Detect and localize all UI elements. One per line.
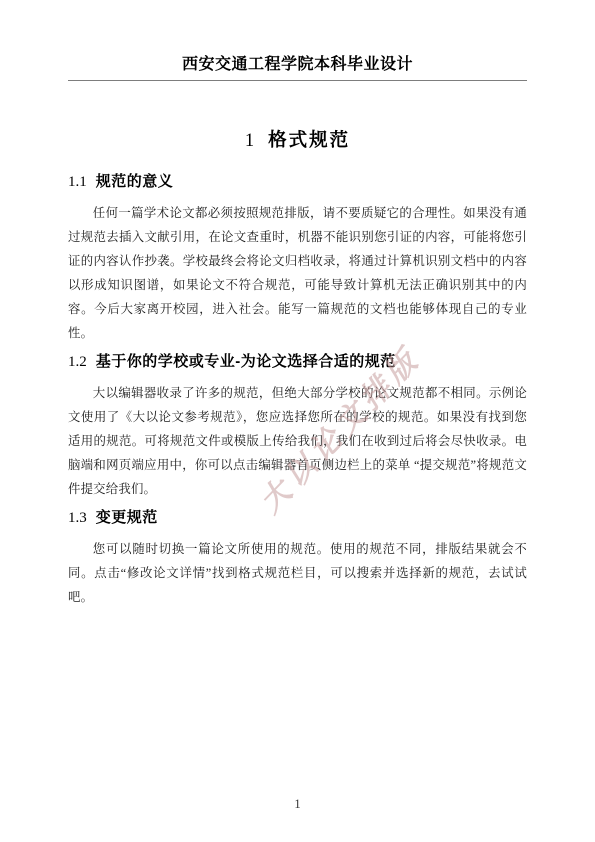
chapter-title: 1格式规范: [68, 126, 527, 152]
page-header: 西安交通工程学院本科毕业设计: [68, 0, 527, 81]
section-heading-text: 规范的意义: [96, 173, 174, 190]
section-1-2: 1.2基于你的学校或专业-为论文选择合适的规范 大以编辑器收录了许多的规范，但绝…: [68, 352, 527, 501]
section-heading: 1.2基于你的学校或专业-为论文选择合适的规范: [68, 352, 527, 372]
section-number: 1.1: [68, 174, 87, 190]
document-page: 西安交通工程学院本科毕业设计 大以论文排版 1格式规范 1.1规范的意义 任何一…: [0, 0, 595, 842]
section-heading-text: 基于你的学校或专业-为论文选择合适的规范: [96, 353, 396, 370]
section-heading: 1.1规范的意义: [68, 172, 527, 192]
section-paragraph: 您可以随时切换一篇论文所使用的规范。使用的规范不同，排版结果就会不同。点击“修改…: [68, 537, 527, 609]
running-head-title: 西安交通工程学院本科毕业设计: [182, 56, 413, 73]
chapter-title-text: 格式规范: [268, 129, 350, 150]
section-number: 1.2: [68, 354, 87, 370]
section-1-1: 1.1规范的意义 任何一篇学术论文都必须按照规范排版，请不要质疑它的合理性。如果…: [68, 172, 527, 345]
chapter-number: 1: [245, 131, 254, 151]
section-paragraph: 大以编辑器收录了许多的规范，但绝大部分学校的论文规范都不相同。示例论文使用了《大…: [68, 381, 527, 501]
page-footer: 1: [0, 795, 595, 813]
section-1-3: 1.3变更规范 您可以随时切换一篇论文所使用的规范。使用的规范不同，排版结果就会…: [68, 508, 527, 609]
section-number: 1.3: [68, 510, 87, 526]
document-body: 1格式规范 1.1规范的意义 任何一篇学术论文都必须按照规范排版，请不要质疑它的…: [68, 126, 527, 609]
section-heading-text: 变更规范: [96, 509, 158, 526]
page-number: 1: [294, 797, 300, 811]
section-paragraph: 任何一篇学术论文都必须按照规范排版，请不要质疑它的合理性。如果没有通过规范去插入…: [68, 201, 527, 345]
section-heading: 1.3变更规范: [68, 508, 527, 528]
